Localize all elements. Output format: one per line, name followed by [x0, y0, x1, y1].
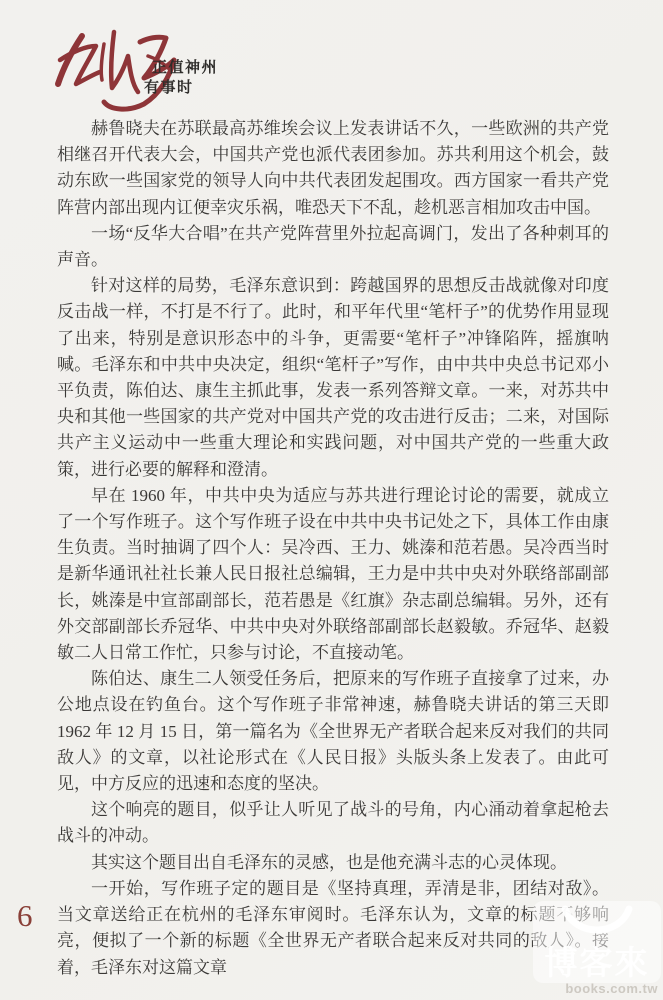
- watermark-url-text: books.com.tw: [533, 981, 658, 996]
- paragraph-1: 赫鲁晓夫在苏联最高苏维埃会议上发表讲话不久，一些欧洲的共产党相继召开代表大会，中…: [57, 116, 609, 221]
- book-page: 正值神州 有事时 赫鲁晓夫在苏联最高苏维埃会议上发表讲话不久，一些欧洲的共产党相…: [0, 0, 663, 1000]
- page-number: 6: [17, 898, 33, 934]
- bag-handle-smile-icon: [559, 903, 635, 939]
- chapter-title: 正值神州 有事时: [152, 58, 218, 98]
- paragraph-2: 一场“反华大合唱”在共产党阵营里外拉起高调门，发出了各种刺耳的声音。: [57, 221, 609, 273]
- paragraph-4: 早在 1960 年，中共中央为适应与苏共进行理论讨论的需要，就成立了一个写作班子…: [57, 483, 609, 666]
- paragraph-7: 其实这个题目出自毛泽东的灵感，也是他充满斗志的心灵体现。: [57, 850, 609, 876]
- chapter-title-line2: 有事时: [144, 78, 218, 98]
- paragraph-5: 陈伯达、康生二人领受任务后，把原来的写作班子直接拿了过来，办公地点设在钓鱼台。这…: [57, 666, 609, 797]
- books-com-tw-watermark: 博客來: [533, 901, 661, 983]
- watermark-logo-text: 博客來: [533, 937, 661, 984]
- chapter-title-line1: 正值神州: [152, 60, 218, 76]
- paragraph-6: 这个响亮的题目，似乎让人听见了战斗的号角，内心涌动着拿起枪去战斗的冲动。: [57, 797, 609, 849]
- body-text: 赫鲁晓夫在苏联最高苏维埃会议上发表讲话不久，一些欧洲的共产党相继召开代表大会，中…: [57, 116, 609, 981]
- paragraph-8: 一开始，写作班子定的题目是《坚持真理，弄清是非，团结对敌》。当文章送给正在杭州的…: [57, 876, 609, 981]
- paragraph-3: 针对这样的局势，毛泽东意识到：跨越国界的思想反击战就像对印度反击战一样，不打是不…: [57, 273, 609, 483]
- chapter-header: 正值神州 有事时: [0, 0, 663, 118]
